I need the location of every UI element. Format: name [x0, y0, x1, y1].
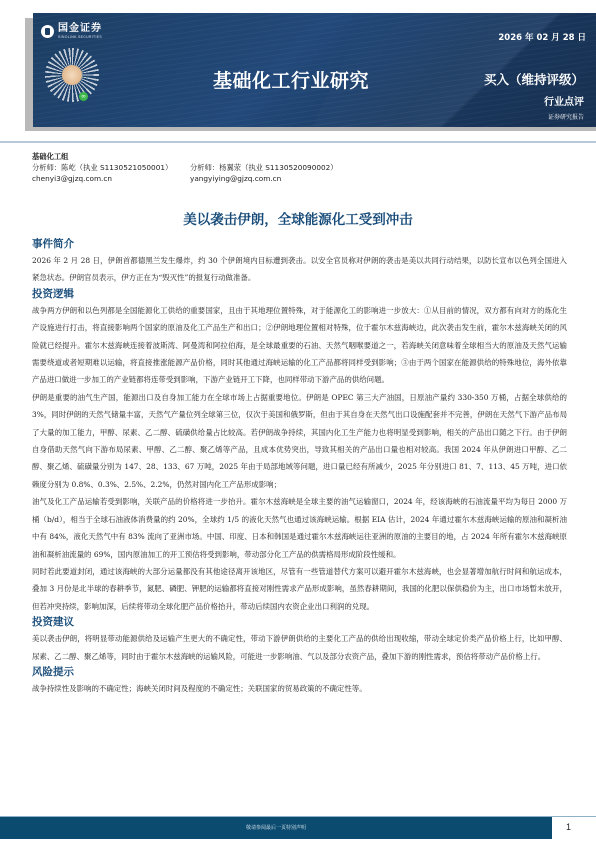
section-paragraph: 战争持续性及影响的不确定性；海峡关闭时间及程度的不确定性；关联国家的贸易政策的不… — [32, 680, 567, 697]
section-title-risk: 风险提示 — [32, 665, 567, 680]
analyst-1-label: 分析师：陈屹（执业 S1130521050001） — [32, 162, 190, 173]
report-category: 证券研究报告 — [548, 112, 584, 121]
section-paragraph: 战争两方伊朗和以色列都是全国能源化工供给的重要国家，且由于其地理位置特殊，对于能… — [32, 302, 567, 389]
report-body: 事件简介 2026 年 2 月 28 日，伊朗首都德黑兰发生爆炸，约 30 个伊… — [32, 237, 567, 697]
report-banner: 国金证券 SINOLINK SECURITIES ∞ 2026 年 02 月 2… — [33, 13, 596, 127]
brand-logo-icon — [41, 25, 54, 38]
brand-logo: 国金证券 SINOLINK SECURITIES — [41, 24, 102, 40]
section-paragraph: 同时若此要道封闭，通过该海峡的大部分运量都没有其他途径离开该地区，尽管有一些管道… — [32, 563, 567, 615]
brand-name-en: SINOLINK SECURITIES — [58, 36, 102, 40]
team-group-name: 基础化工组 — [32, 151, 338, 162]
report-headline: 美以袭击伊朗，全球能源化工受到冲击 — [0, 208, 596, 228]
section-paragraph: 美以袭击伊朗，将明显带动能源供给及运输产生更大的不确定性，带动下游伊朗供给的主要… — [32, 630, 567, 665]
brand-name-cn: 国金证券 — [58, 24, 102, 34]
mini-program-icon: ∞ — [79, 92, 88, 101]
header-divider — [0, 141, 596, 143]
section-paragraph: 伊朗是重要的油气生产国，能源出口及自身加工能力在全球市场上占据重要地位。伊朗是 … — [32, 389, 567, 493]
page-number: 1 — [566, 822, 571, 832]
analyst-2-label: 分析师：杨翼荥（执业 S1130520090002） — [190, 162, 338, 173]
section-title-recommendation: 投资建议 — [32, 615, 567, 630]
analyst-team: 基础化工组 分析师：陈屹（执业 S1130521050001） 分析师：杨翼荥（… — [32, 151, 338, 184]
qr-code-icon[interactable] — [45, 48, 99, 102]
section-title-logic: 投资逻辑 — [32, 287, 567, 302]
investment-rating: 买入（维持评级） — [484, 70, 584, 88]
section-title-event: 事件简介 — [32, 237, 567, 252]
report-series-title: 基础化工行业研究 — [213, 66, 369, 93]
report-date: 2026 年 02 月 28 日 — [498, 31, 586, 43]
section-paragraph: 2026 年 2 月 28 日，伊朗首都德黑兰发生爆炸，约 30 个伊朗境内目标… — [32, 252, 567, 287]
footer-disclaimer: 敬请参阅最后一页特别声明 — [0, 824, 552, 831]
qr-center-emblem — [62, 65, 82, 85]
section-paragraph: 油气及化工产品运输若受到影响，关联产品的价格将进一步抬升。霍尔木兹海峡是全球主要… — [32, 493, 567, 563]
report-type: 行业点评 — [544, 93, 584, 108]
analyst-1-email[interactable]: chenyi3@gjzq.com.cn — [32, 173, 190, 184]
analyst-2-email[interactable]: yangyiying@gjzq.com.cn — [190, 173, 281, 184]
